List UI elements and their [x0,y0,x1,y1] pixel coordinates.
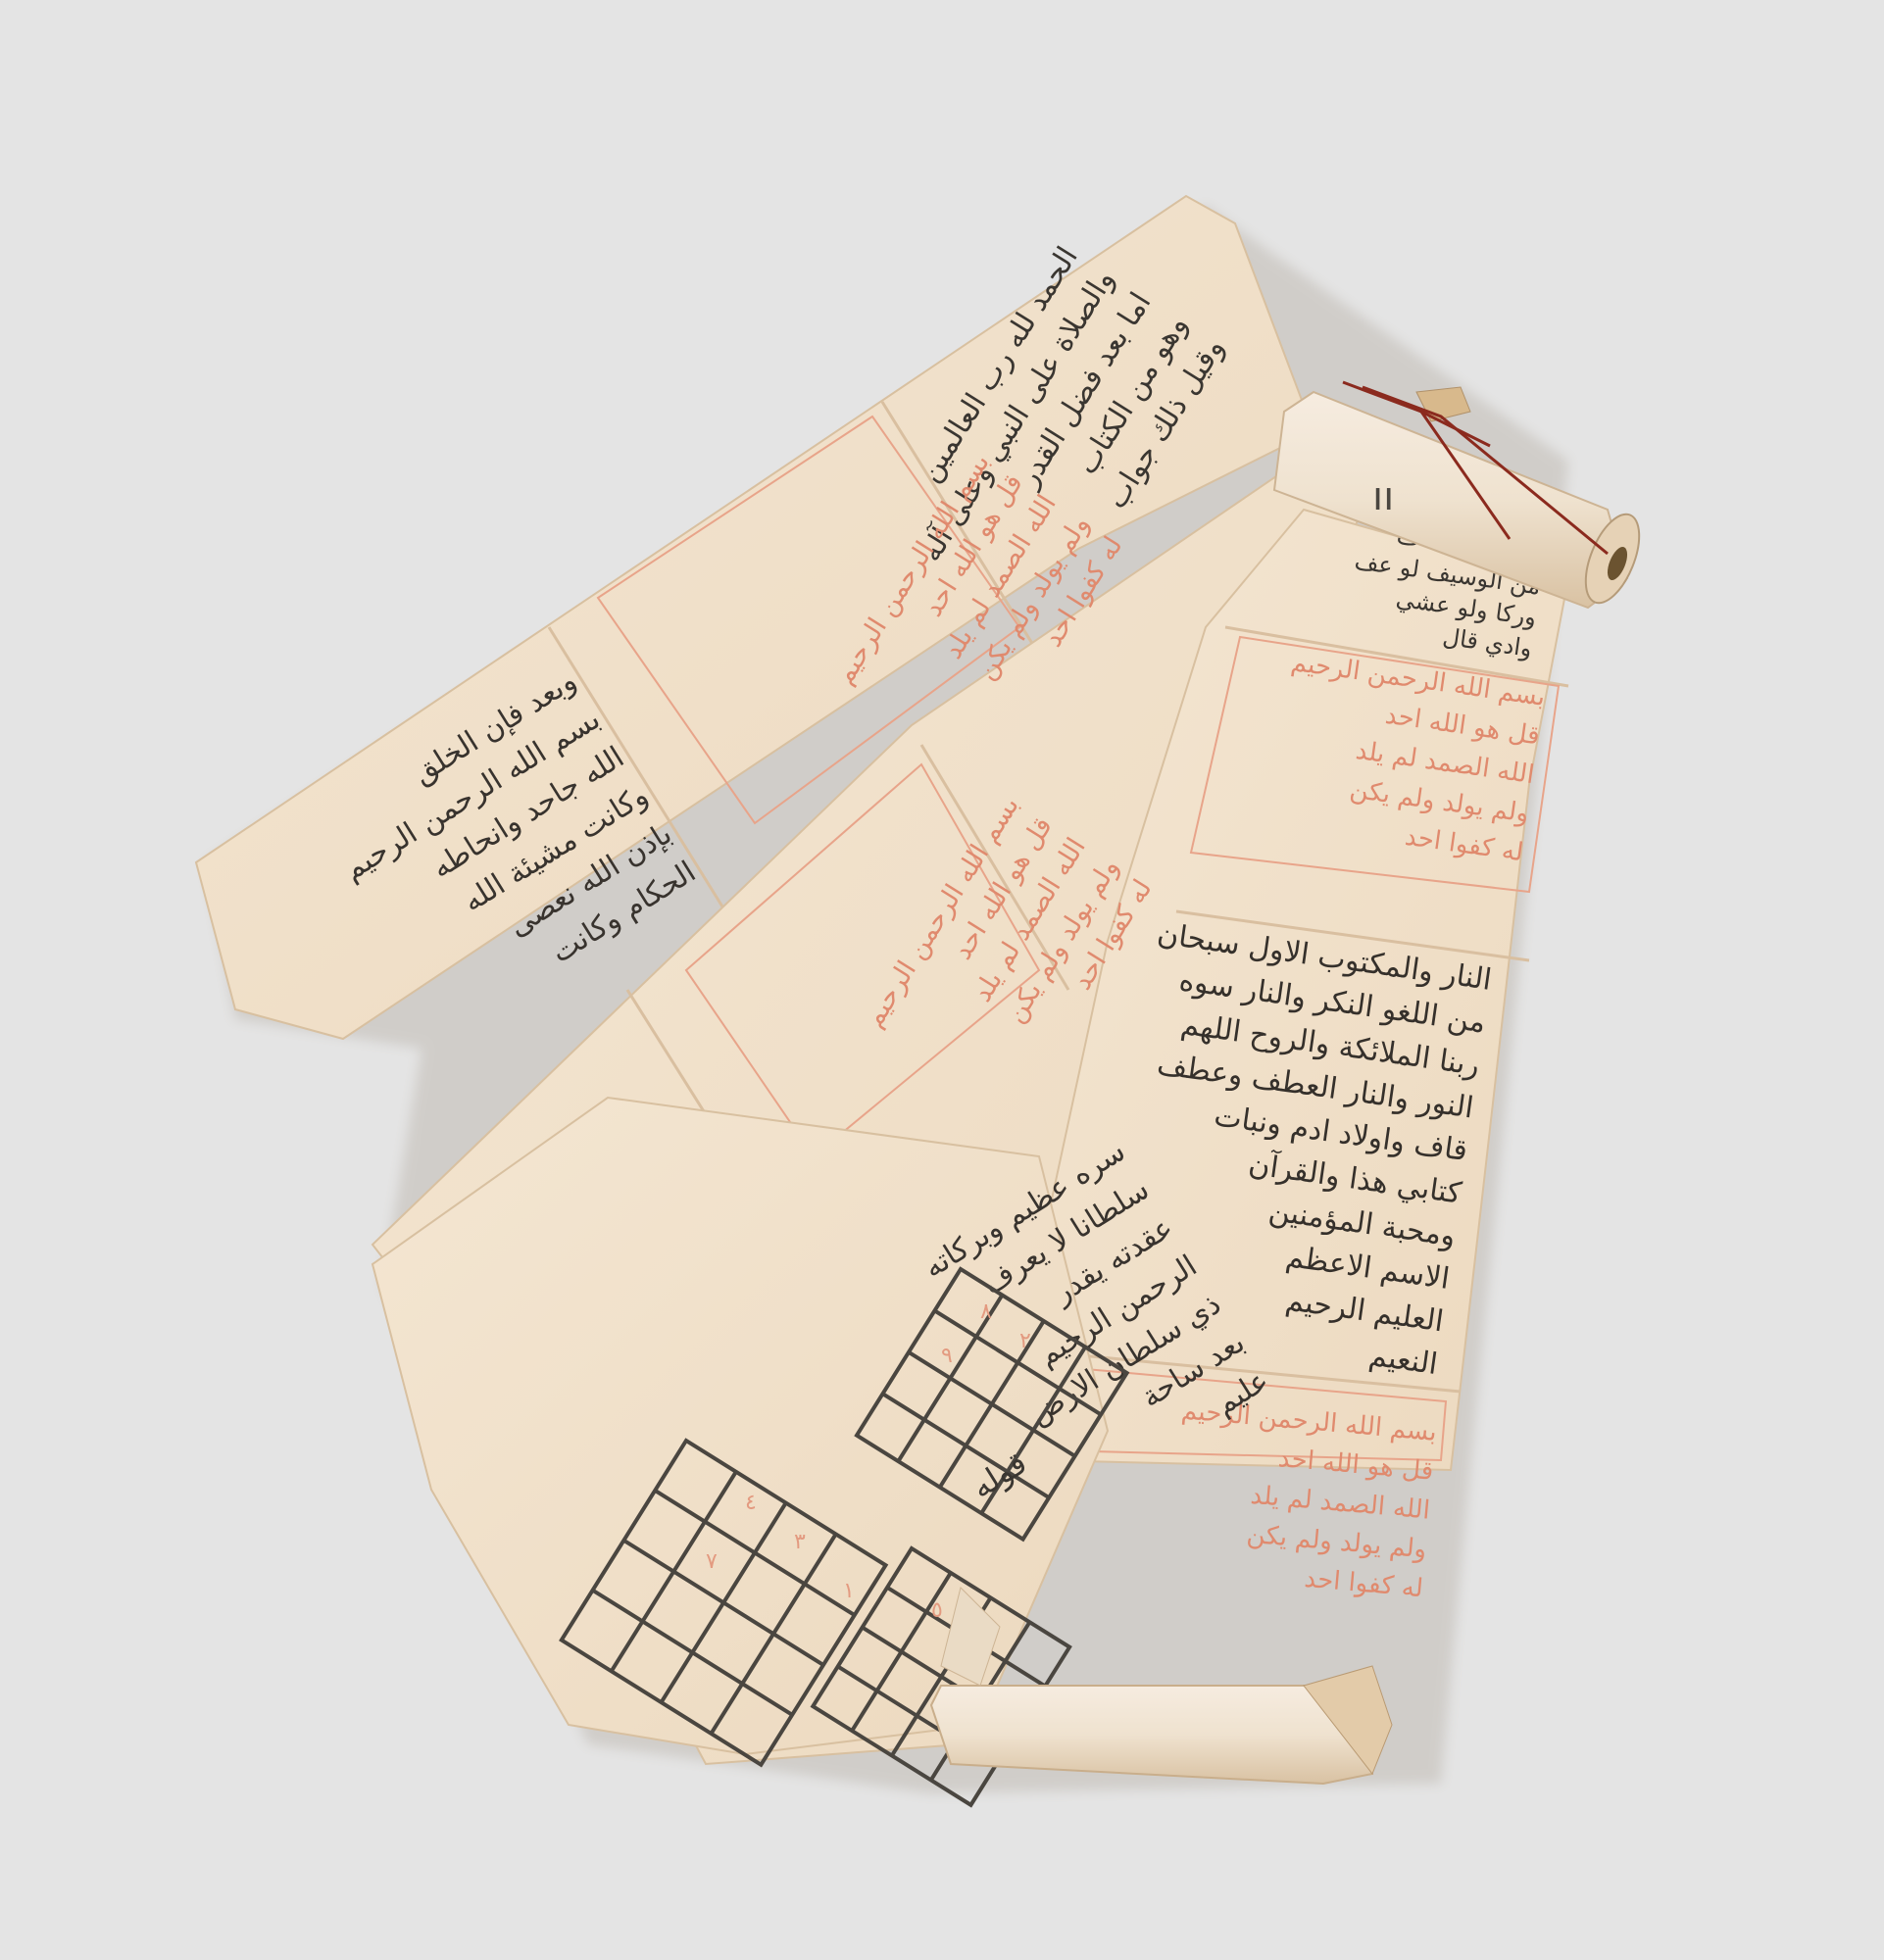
svg-text:٣: ٣ [794,1530,806,1554]
svg-text:٤: ٤ [745,1491,757,1515]
svg-text:٨: ٨ [980,1299,992,1324]
svg-text:٥: ٥ [931,1598,943,1623]
roll-mark: ıı [1372,474,1394,519]
svg-text:٢: ٢ [1019,1329,1031,1353]
svg-text:٩: ٩ [941,1344,953,1368]
manuscript-scroll-photo: الحمد لله رب العالمين والصلاة على النبي … [0,0,1884,1960]
svg-text:٧: ٧ [706,1549,718,1574]
svg-text:١: ١ [843,1579,855,1603]
